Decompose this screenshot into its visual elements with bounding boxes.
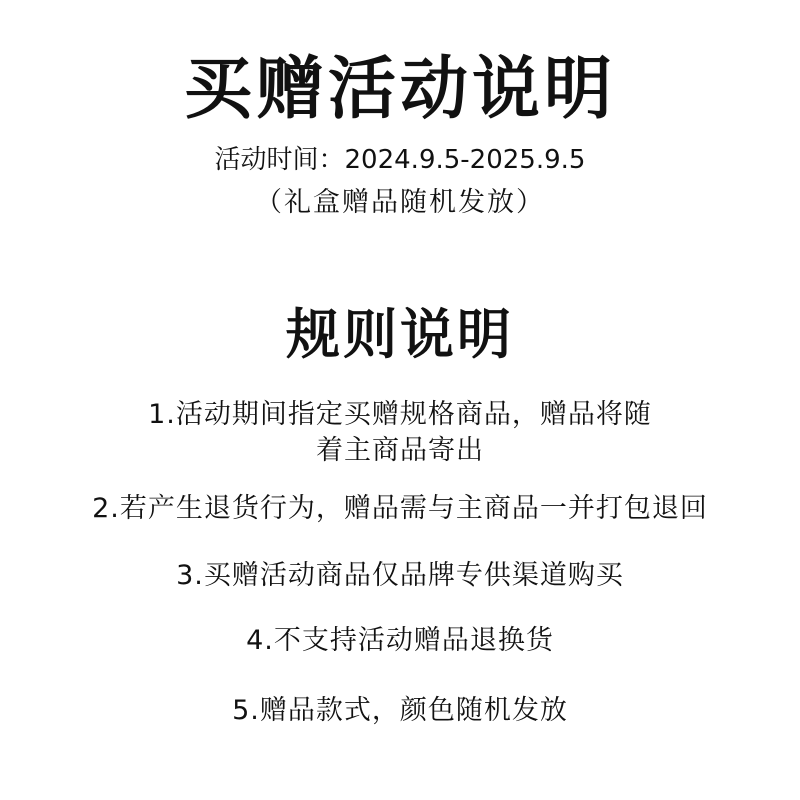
rule-item-4: 4.不支持活动赠品退换货	[0, 622, 800, 660]
rule-item-2: 2.若产生退货行为，赠品需与主商品一并打包退回	[0, 490, 800, 528]
gift-box-note: （礼盒赠品随机发放）	[0, 184, 800, 222]
rule-item-5: 5.赠品款式，颜色随机发放	[0, 692, 800, 730]
rules-title: 规则说明	[0, 300, 800, 370]
rule-item-1: 1.活动期间指定买赠规格商品，赠品将随	[0, 396, 800, 434]
page-title: 买赠活动说明	[0, 48, 800, 132]
rule-item-3: 3.买赠活动商品仅品牌专供渠道购买	[0, 557, 800, 595]
activity-period: 活动时间：2024.9.5-2025.9.5	[0, 142, 800, 178]
rule-item-1-continued: 着主商品寄出	[0, 432, 800, 470]
